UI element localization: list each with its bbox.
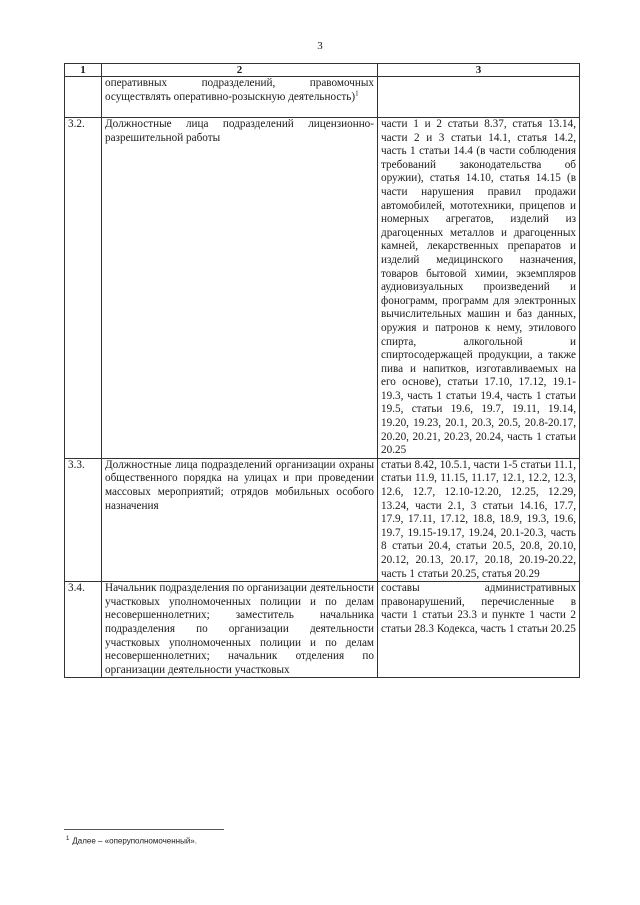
table-row: 3.4. Начальник подразделения по организа… xyxy=(65,582,580,678)
table-header-row: 1 2 3 xyxy=(65,64,580,77)
footnote: 1Далее – «оперуполномоченный». xyxy=(66,836,197,846)
column-header-1: 1 xyxy=(65,64,102,77)
row-subject: Должностные лица подразделений организац… xyxy=(102,458,378,581)
row-articles: составы административных правонарушений,… xyxy=(378,582,580,678)
row-subject: Должностные лица подразделений лицензион… xyxy=(102,118,378,459)
offenses-table: 1 2 3 оперативных подразделений, правомо… xyxy=(64,63,580,678)
row-subject: оперативных подразделений, правомочных о… xyxy=(102,77,378,118)
footnote-text: Далее – «оперуполномоченный». xyxy=(72,837,197,846)
column-header-3: 3 xyxy=(378,64,580,77)
row-number: 3.2. xyxy=(65,118,102,459)
table-row: оперативных подразделений, правомочных о… xyxy=(65,77,580,118)
row-subject-text: оперативных подразделений, правомочных о… xyxy=(105,77,374,103)
table-row: 3.3. Должностные лица подразделений орга… xyxy=(65,458,580,581)
row-number: 3.3. xyxy=(65,458,102,581)
column-header-2: 2 xyxy=(102,64,378,77)
footnote-reference: 1 xyxy=(355,89,359,97)
page-number: 3 xyxy=(0,40,640,52)
row-number xyxy=(65,77,102,118)
row-articles: статьи 8.42, 10.5.1, части 1-5 статьи 11… xyxy=(378,458,580,581)
row-articles xyxy=(378,77,580,118)
table-row: 3.2. Должностные лица подразделений лице… xyxy=(65,118,580,459)
footnote-mark: 1 xyxy=(66,836,69,842)
row-subject: Начальник подразделения по организации д… xyxy=(102,582,378,678)
row-articles: части 1 и 2 статьи 8.37, статья 13.14, ч… xyxy=(378,118,580,459)
row-number: 3.4. xyxy=(65,582,102,678)
footnote-divider xyxy=(64,829,224,830)
